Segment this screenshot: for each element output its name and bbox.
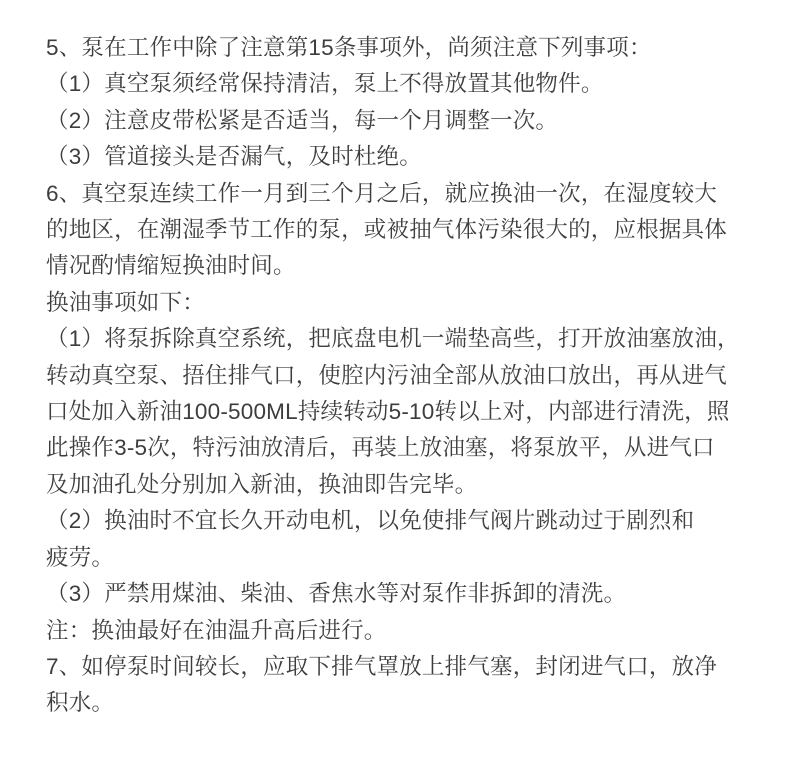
pump-maintenance-instructions: 5、泵在工作中除了注意第15条事项外，尚须注意下列事项： （1）真空泵须经常保持… [0, 0, 790, 722]
section-5-item-2: （2）注意皮带松紧是否适当，每一个月调整一次。 [46, 103, 746, 139]
section-6-paragraph: 6、真空泵连续工作一月到三个月之后，就应换油一次，在湿度较大 的地区，在潮湿季节… [46, 176, 746, 285]
oil-change-note: 注：换油最好在油温升高后进行。 [46, 613, 746, 649]
section-5-item-1: （1）真空泵须经常保持清洁，泵上不得放置其他物件。 [46, 66, 746, 102]
oil-change-intro: 换油事项如下： [46, 285, 746, 321]
text-line: （1）将泵拆除真空系统，把底盘电机一端垫高些，打开放油塞放油， [46, 321, 746, 357]
text-line: 疲劳。 [46, 540, 746, 576]
text-line: 6、真空泵连续工作一月到三个月之后，就应换油一次，在湿度较大 [46, 176, 746, 212]
text-line: （2）注意皮带松紧是否适当，每一个月调整一次。 [46, 103, 746, 139]
oil-change-step-2: （2）换油时不宜长久开动电机，以免使排气阀片跳动过于剧烈和 疲劳。 [46, 503, 746, 576]
text-line: 注：换油最好在油温升高后进行。 [46, 613, 746, 649]
section-5-heading: 5、泵在工作中除了注意第15条事项外，尚须注意下列事项： [46, 30, 746, 66]
text-line: （2）换油时不宜长久开动电机，以免使排气阀片跳动过于剧烈和 [46, 503, 746, 539]
text-line: 转动真空泵、捂住排气口，使腔内污油全部从放油口放出，再从进气 [46, 358, 746, 394]
text-line: （3）严禁用煤油、柴油、香焦水等对泵作非拆卸的清洗。 [46, 576, 746, 612]
oil-change-step-1: （1）将泵拆除真空系统，把底盘电机一端垫高些，打开放油塞放油， 转动真空泵、捂住… [46, 321, 746, 503]
text-line: 积水。 [46, 685, 746, 721]
text-line: 5、泵在工作中除了注意第15条事项外，尚须注意下列事项： [46, 30, 746, 66]
text-line: 7、如停泵时间较长，应取下排气罩放上排气塞，封闭进气口，放净 [46, 649, 746, 685]
section-5-item-3: （3）管道接头是否漏气，及时杜绝。 [46, 139, 746, 175]
text-line: 此操作3-5次，特污油放清后，再装上放油塞，将泵放平，从进气口 [46, 430, 746, 466]
oil-change-step-3: （3）严禁用煤油、柴油、香焦水等对泵作非拆卸的清洗。 [46, 576, 746, 612]
text-line: 情况酌情缩短换油时间。 [46, 248, 746, 284]
text-line: 的地区，在潮湿季节工作的泵，或被抽气体污染很大的，应根据具体 [46, 212, 746, 248]
text-line: （3）管道接头是否漏气，及时杜绝。 [46, 139, 746, 175]
text-line: （1）真空泵须经常保持清洁，泵上不得放置其他物件。 [46, 66, 746, 102]
text-line: 及加油孔处分别加入新油，换油即告完毕。 [46, 467, 746, 503]
section-7-paragraph: 7、如停泵时间较长，应取下排气罩放上排气塞，封闭进气口，放净 积水。 [46, 649, 746, 722]
text-line: 换油事项如下： [46, 285, 746, 321]
text-line: 口处加入新油100-500ML持续转动5-10转以上对，内部进行清洗，照 [46, 394, 746, 430]
